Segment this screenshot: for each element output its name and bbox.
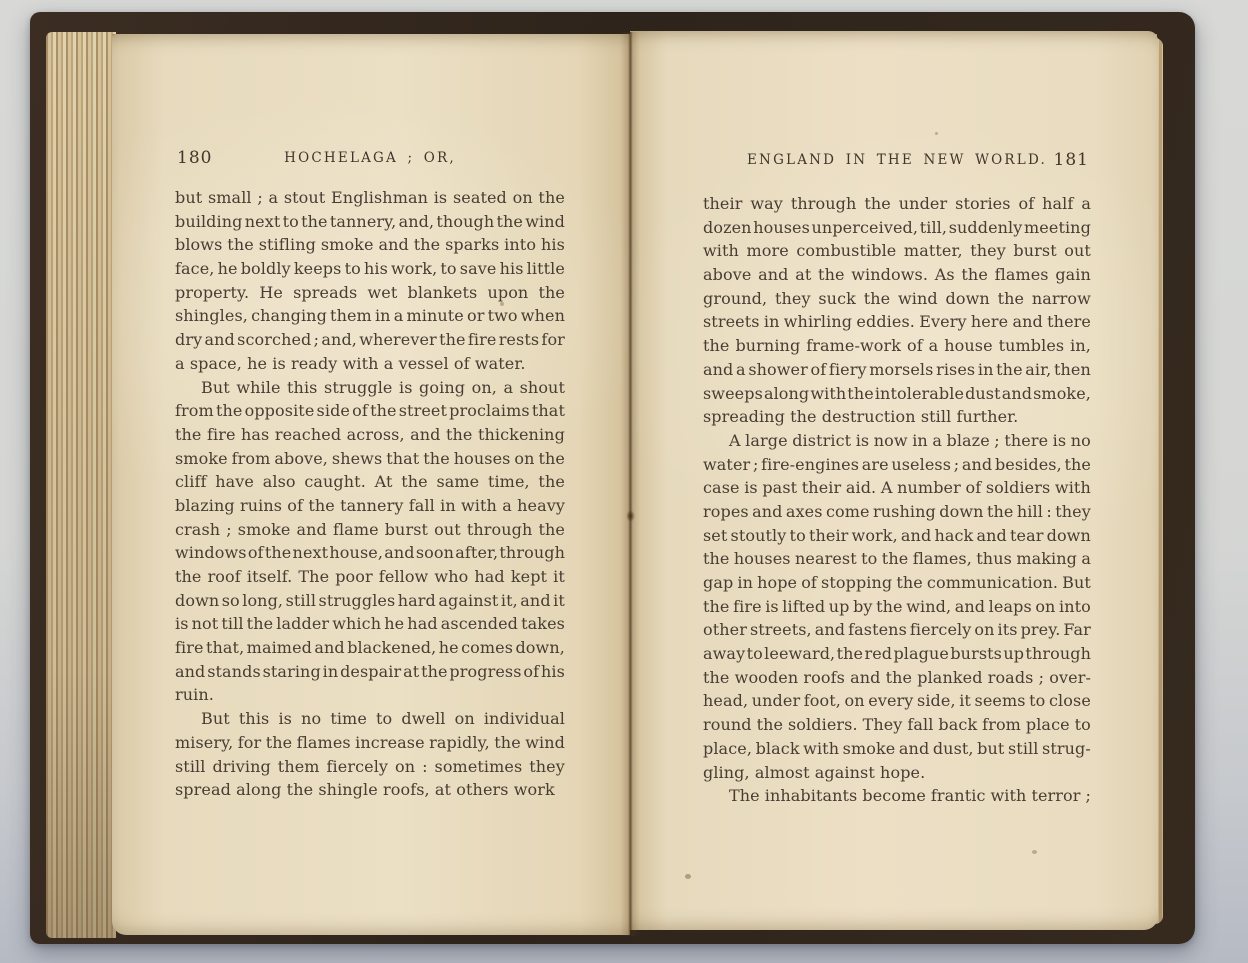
text-line: ropesandaxescomerushingdownthehill:they	[703, 500, 1091, 524]
gutter-nick-mark	[626, 510, 635, 522]
text-line: shingles,changingtheminaminuteortwowhen	[175, 304, 565, 328]
text-line: andstandsstaringindespairattheprogressof…	[175, 660, 565, 684]
text-line: ruin.	[175, 683, 565, 707]
text-line: blazingruinsofthetanneryfallinwithaheavy	[175, 494, 565, 518]
right-page-text-area: ENGLAND IN THE NEW WORLD. 181 theirwayth…	[703, 31, 1091, 930]
page-edge-stack-left	[46, 32, 116, 938]
right-running-title: ENGLAND IN THE NEW WORLD.	[733, 152, 1061, 168]
left-page-text-area: 180 HOCHELAGA ; OR, butsmall;astoutEngli…	[175, 34, 565, 935]
text-line: roundthesoldiers.Theyfallbackfromplaceto	[703, 713, 1091, 737]
text-line: stilldrivingthemfiercelyon:sometimesthey	[175, 755, 565, 779]
text-line: thefirehasreachedacross,andthethickening	[175, 423, 565, 447]
text-line: Butthisisnotimetodwellonindividual	[175, 707, 565, 731]
text-line: Alargedistrictisnowinablaze;thereisno	[703, 429, 1091, 453]
text-line: butsmall;astoutEnglishmanisseatedonthe	[175, 186, 565, 210]
text-line: buildingnexttothetannery,and,thoughthewi…	[175, 210, 565, 234]
text-line: theirwaythroughtheunderstoriesofhalfa	[703, 192, 1091, 216]
text-line: sweepsalongwiththeintolerabledustandsmok…	[703, 382, 1091, 406]
text-line: Theinhabitantsbecomefranticwithterror;	[703, 784, 1091, 808]
text-line: fromtheoppositesideofthestreetproclaimst…	[175, 399, 565, 423]
foxing-spot	[1032, 850, 1037, 854]
text-line: caseispasttheiraid.Anumberofsoldierswith	[703, 476, 1091, 500]
text-line: spread along the shingle roofs, at other…	[175, 778, 565, 802]
text-line: place,blackwithsmokeanddust,butstillstru…	[703, 737, 1091, 761]
book-gutter	[620, 32, 640, 936]
text-line: withmorecombustiblematter,theyburstout	[703, 239, 1091, 263]
left-page-body: butsmall;astoutEnglishmanisseatedonthebu…	[175, 186, 565, 802]
text-line: dryandscorched;and,whereverthefirerestsf…	[175, 328, 565, 352]
text-line: theroofitself.Thepoorfellowwhohadkeptit	[175, 565, 565, 589]
text-line: misery,fortheflamesincreaserapidly,thewi…	[175, 731, 565, 755]
foxing-spot	[500, 302, 504, 306]
book-cover: 180 HOCHELAGA ; OR, butsmall;astoutEngli…	[30, 12, 1195, 944]
text-line: windowsofthenexthouse,andsoonafter,throu…	[175, 541, 565, 565]
text-line: dozenhousesunperceived,till,suddenlymeet…	[703, 216, 1091, 240]
text-line: cliffhavealsocaught.Atthesametime,the	[175, 470, 565, 494]
right-page-header: ENGLAND IN THE NEW WORLD. 181	[703, 150, 1091, 172]
text-line: theburningframe-workofahousetumblesin,	[703, 334, 1091, 358]
left-page: 180 HOCHELAGA ; OR, butsmall;astoutEngli…	[112, 34, 630, 935]
text-line: face,heboldlykeepstohiswork,tosavehislit…	[175, 257, 565, 281]
text-line: andashoweroffierymorselsrisesintheair,th…	[703, 358, 1091, 382]
photo-background: { "book": { "left_page": { "page_number"…	[0, 0, 1248, 963]
text-line: awaytoleeward,theredplagueburstsupthroug…	[703, 642, 1091, 666]
text-line: firethat,maimedandblackened,hecomesdown,	[175, 636, 565, 660]
foxing-spot	[685, 874, 691, 879]
text-line: property.Hespreadswetblanketsuponthe	[175, 281, 565, 305]
left-page-header: 180 HOCHELAGA ; OR,	[175, 148, 565, 170]
right-page-body: theirwaythroughtheunderstoriesofhalfadoz…	[703, 192, 1091, 808]
text-line: a space, he is ready with a vessel of wa…	[175, 352, 565, 376]
text-line: otherstreets,andfastensfiercelyonitsprey…	[703, 618, 1091, 642]
text-line: thewoodenroofsandtheplankedroads;over-	[703, 666, 1091, 690]
text-line: ground,theysuckthewinddownthenarrow	[703, 287, 1091, 311]
text-line: blowsthestiflingsmokeandthesparksintohis	[175, 233, 565, 257]
text-line: setstoutlytotheirwork,andhackandteardown	[703, 524, 1091, 548]
left-running-title: HOCHELAGA ; OR,	[205, 150, 535, 166]
text-line: isnottilltheladderwhichhehadascendedtake…	[175, 612, 565, 636]
text-line: gapinhopeofstoppingthecommunication.But	[703, 571, 1091, 595]
text-line: spreading the destruction still further.	[703, 405, 1091, 429]
text-line: water;fire-enginesareuseless;andbesides,…	[703, 453, 1091, 477]
text-line: downsolong,stillstruggleshardagainstit,a…	[175, 589, 565, 613]
text-line: head,underfoot,oneveryside,itseemstoclos…	[703, 689, 1091, 713]
right-page-number: 181	[1054, 150, 1089, 170]
text-line: thehousesnearesttotheflames,thusmakinga	[703, 547, 1091, 571]
foxing-spot	[935, 132, 938, 135]
text-line: gling, almost against hope.	[703, 761, 1091, 785]
text-line: thefireisliftedupbythewind,andleapsonint…	[703, 595, 1091, 619]
text-line: smokefromabove,shewsthatthehousesonthe	[175, 447, 565, 471]
right-page: ENGLAND IN THE NEW WORLD. 181 theirwayth…	[630, 31, 1158, 930]
text-line: Butwhilethisstruggleisgoingon,ashout	[175, 376, 565, 400]
text-line: streetsinwhirlingeddies.Everyhereandther…	[703, 310, 1091, 334]
text-line: crash;smokeandflameburstoutthroughthe	[175, 518, 565, 542]
text-line: aboveandatthewindows.Astheflamesgain	[703, 263, 1091, 287]
